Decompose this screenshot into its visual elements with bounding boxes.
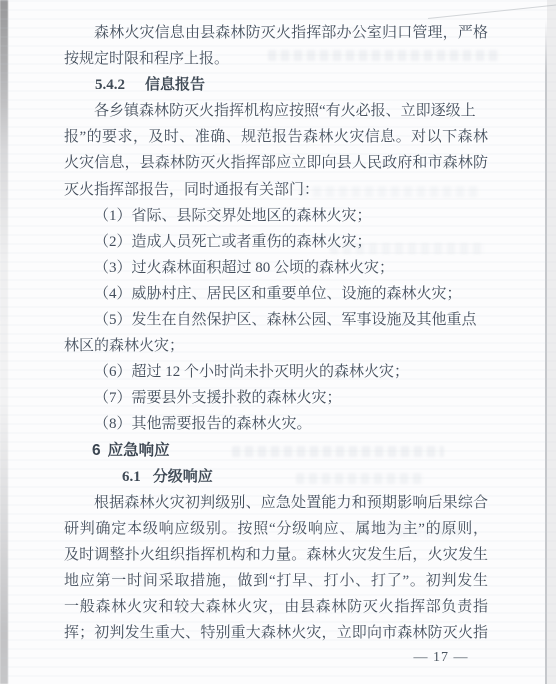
scan-edge-right-line [545, 20, 547, 684]
text-line: 地应第一时间采取措施，做到“打早、打小、打了”。初判发生 [64, 568, 488, 594]
scan-edge-right-strip [547, 0, 556, 684]
scanned-document-page: 森林火灾信息由县森林防灭火指挥部办公室归口管理，严格 按规定时限和程序上报。 5… [0, 0, 556, 684]
text-line: 灭火指挥部报告，同时通报有关部门： [64, 177, 488, 203]
list-item: （1）省际、县际交界处地区的森林火灾； [64, 203, 488, 229]
chapter-heading-6: 6应急响应 [64, 438, 488, 464]
list-item: （6）超过 12 个小时尚未扑灭明火的森林火灾； [64, 359, 488, 385]
text-line: 按规定时限和程序上报。 [64, 46, 488, 72]
text-line: 火灾信息，县森林防灭火指挥部应立即向县人民政府和市森林防 [64, 150, 488, 176]
list-item: （7）需要县外支援扑救的森林火灾； [64, 385, 488, 411]
text-line: 森林火灾信息由县森林防灭火指挥部办公室归口管理，严格 [64, 20, 488, 46]
heading-number: 5.4.2 [95, 72, 125, 98]
list-item: （4）威胁村庄、居民区和重要单位、设施的森林火灾； [64, 281, 488, 307]
text-line: 各乡镇森林防灭火指挥机构应按照“有火必报、立即逐级上 [64, 98, 488, 124]
scan-corner-artifact [428, 4, 556, 19]
scan-edge-left-shadow [0, 0, 8, 684]
text-line: 报”的要求，及时、准确、规范报告森林火灾信息。对以下森林 [64, 124, 488, 150]
text-line: 及时调整扑火组织指挥机构和力量。森林火灾发生后，火灾发生 [64, 542, 488, 568]
heading-title: 分级响应 [153, 469, 213, 485]
heading-title: 应急响应 [108, 442, 170, 459]
list-item: （3）过火森林面积超过 80 公顷的森林火灾； [64, 255, 488, 281]
list-item: （2）造成人员死亡或者重伤的森林火灾； [64, 229, 488, 255]
text-line: 根据森林火灾初判级别、应急处置能力和预期影响后果综合 [64, 490, 488, 516]
list-item: （5）发生在自然保护区、森林公园、军事设施及其他重点 [64, 307, 488, 333]
heading-title: 信息报告 [145, 77, 205, 93]
text-line: 一般森林火灾和较大森林火灾，由县森林防灭火指挥部负责指 [64, 594, 488, 620]
list-item: （8）其他需要报告的森林火灾。 [64, 411, 488, 437]
text-line: 挥；初判发生重大、特别重大森林火灾，立即向市森林防灭火指 [64, 620, 488, 646]
page-number: — 17 — [403, 650, 479, 666]
text-line: 研判确定本级响应级别。按照“分级响应、属地为主”的原则， [64, 516, 488, 542]
heading-number: 6.1 [122, 464, 141, 490]
document-body: 森林火灾信息由县森林防灭火指挥部办公室归口管理，严格 按规定时限和程序上报。 5… [64, 20, 488, 646]
heading-number: 6 [92, 438, 101, 464]
list-item-continuation: 林区的森林火灾； [64, 333, 488, 359]
section-heading-6-1: 6.1分级响应 [64, 464, 488, 490]
section-heading-5-4-2: 5.4.2信息报告 [64, 72, 488, 98]
